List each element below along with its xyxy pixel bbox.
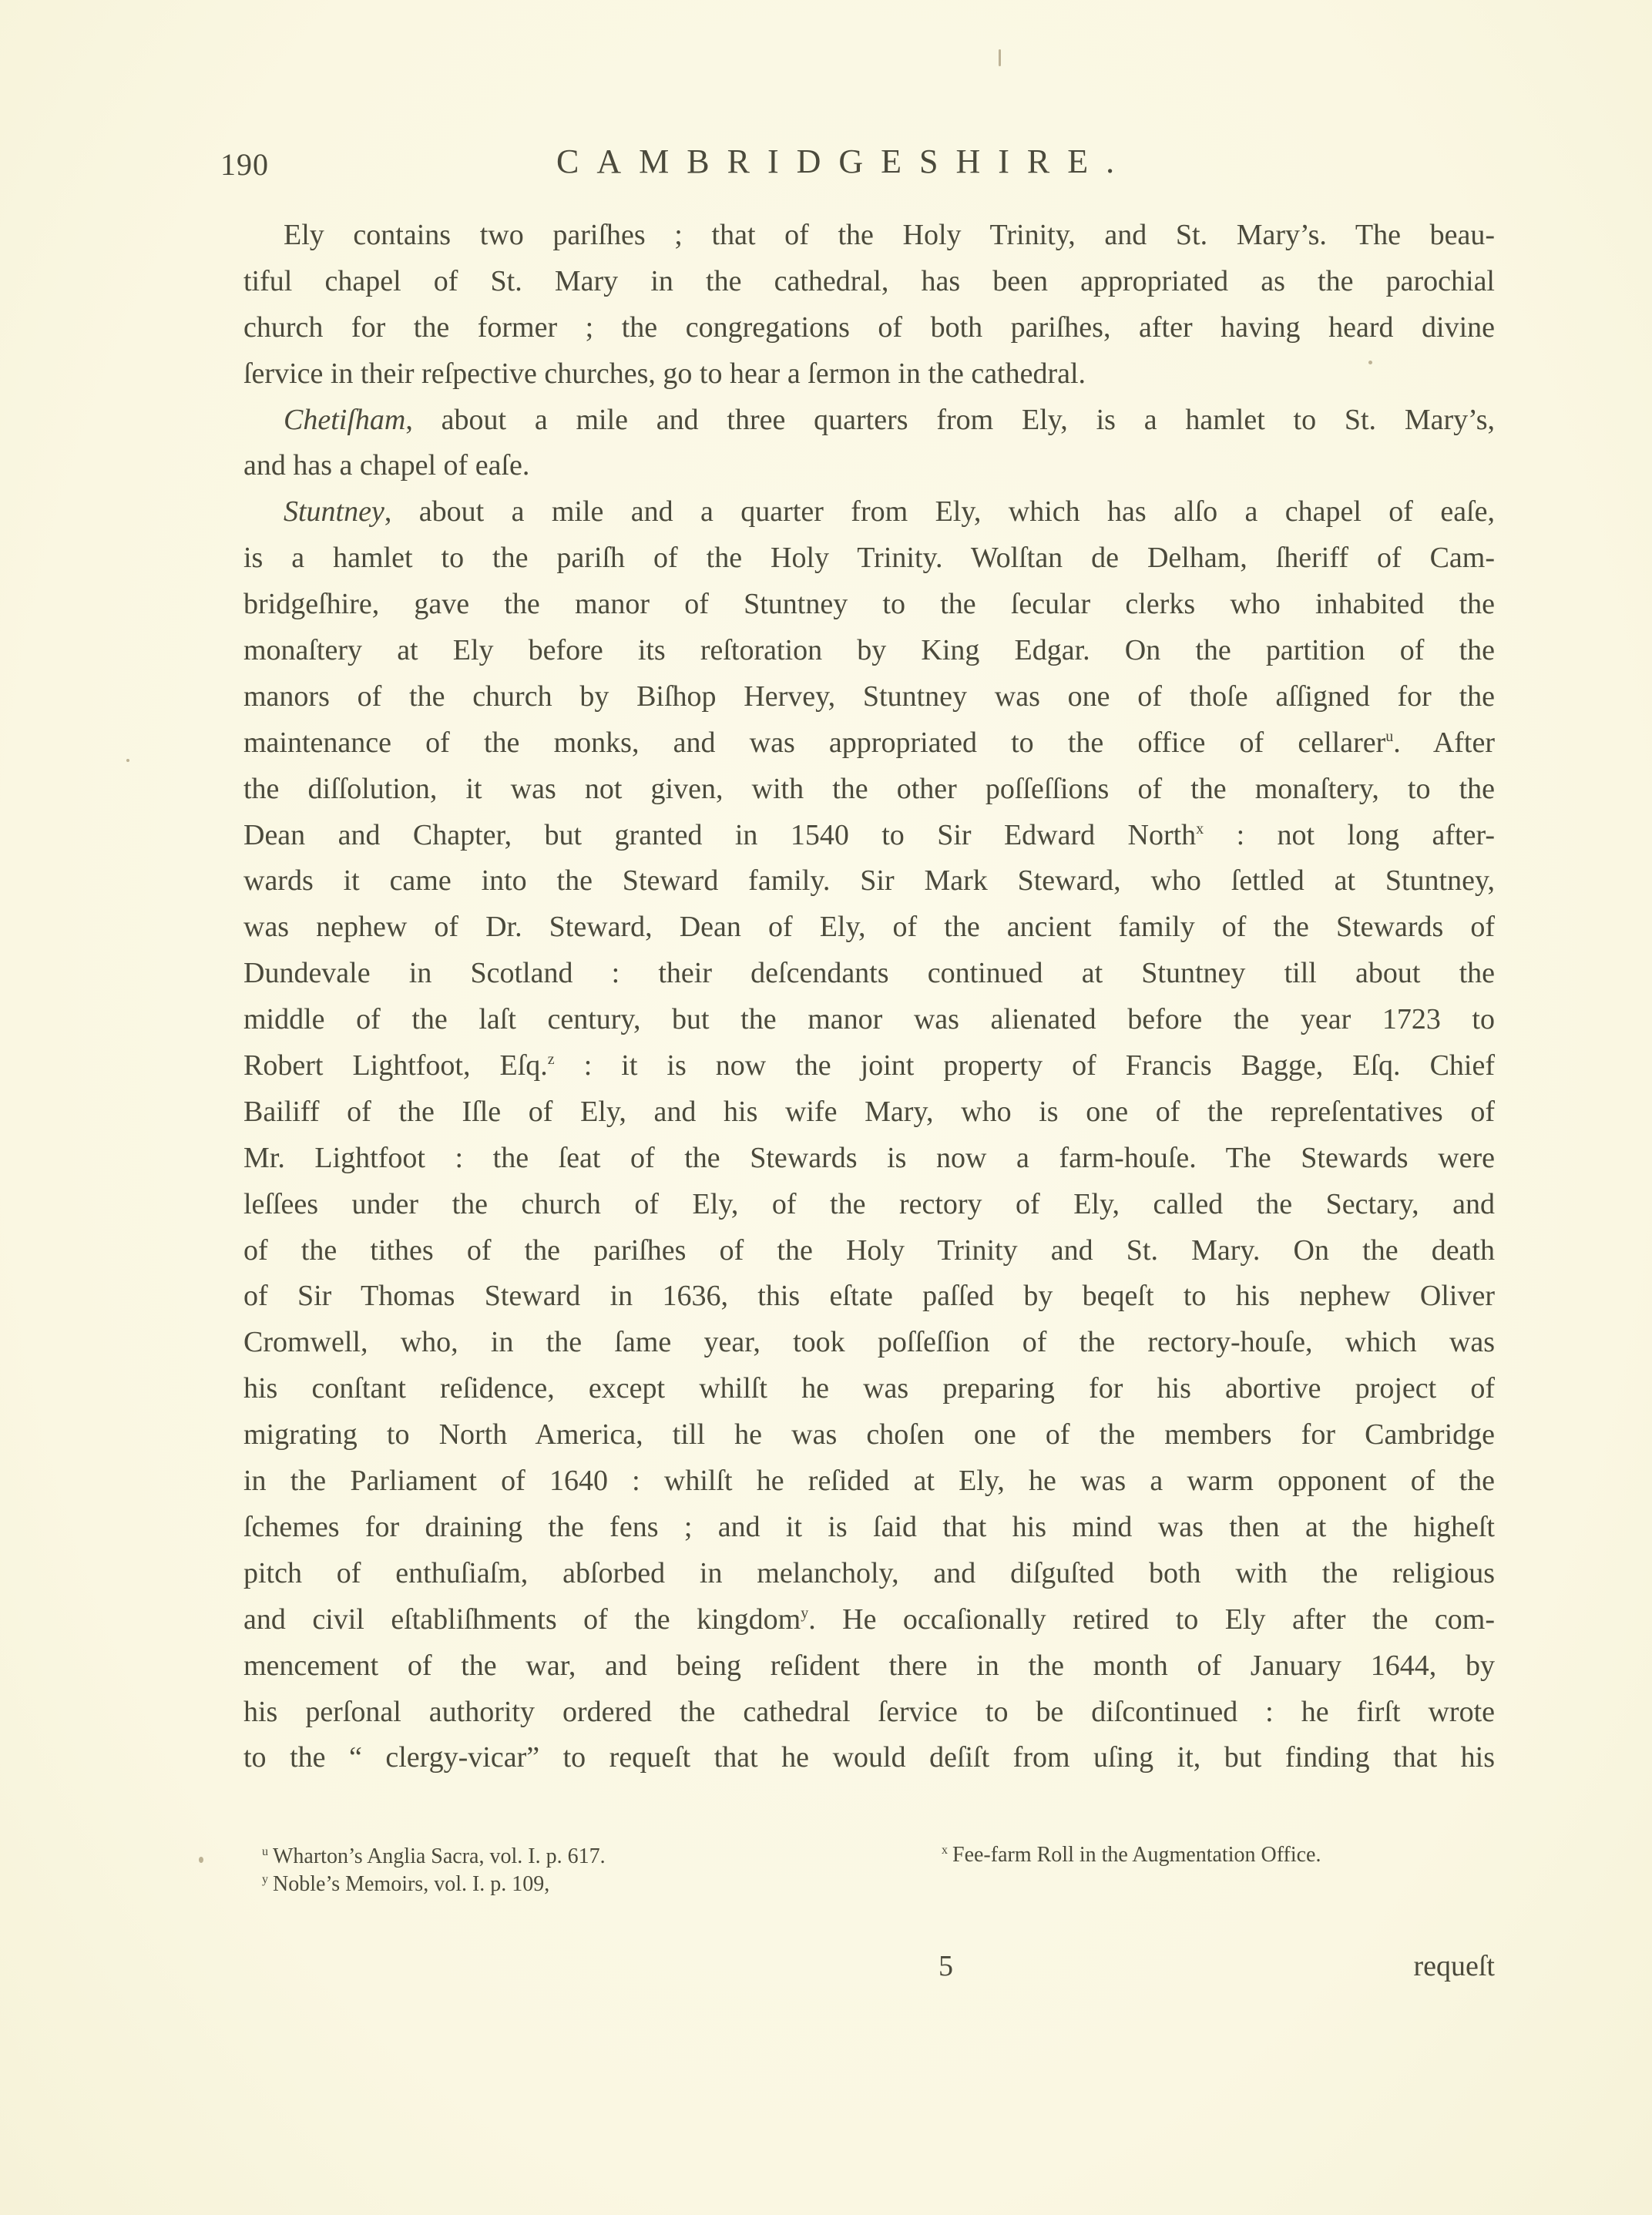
footnote-marker: u [262,1845,268,1858]
text-line: wards it came into the Steward family. S… [243,858,1495,904]
text-line: is a hamlet to the pariſh of the Holy Tr… [243,535,1495,582]
line-text: his perſonal authority ordered the cathe… [243,1696,1495,1728]
line-text: the diſſolution, it was not given, with … [243,773,1495,805]
line-text: , about a mile and three quarters from E… [405,404,1495,436]
footnote-x: xFee-farm Roll in the Augmentation Offic… [942,1843,1321,1868]
text-line: and civil eſtabliſhments of the kingdomy… [243,1597,1495,1643]
italic-place-name: Stuntney [284,495,384,528]
footnotes-left-column: uWharton’s Anglia Sacra, vol. I. p. 617.… [262,1838,606,1894]
line-text: in the Parliament of 1640 : whilſt he re… [243,1465,1495,1497]
line-text: of Sir Thomas Steward in 1636, this eſta… [243,1280,1495,1312]
text-line: Chetiſham, about a mile and three quarte… [243,398,1495,444]
paper-speck [199,1857,203,1863]
text-line: middle of the laſt century, but the mano… [243,997,1495,1043]
text-line: Robert Lightfoot, Eſq.z : it is now the … [243,1043,1495,1089]
line-text-tail: . He occaſionally retired to Ely after t… [808,1603,1495,1636]
text-line: Bailiff of the Iſle of Ely, and his wife… [243,1089,1495,1136]
line-text: Dean and Chapter, but granted in 1540 to… [243,819,1196,851]
line-text: ſchemes for draining the fens ; and it i… [243,1511,1495,1543]
line-text: to the “ clergy-vicar” to requeſt that h… [243,1741,1495,1774]
text-line: monaſtery at Ely before its reſtoration … [243,628,1495,674]
footnote-reference: y [801,1605,808,1622]
text-line: the diſſolution, it was not given, with … [243,767,1495,813]
line-text: bridgeſhire, gave the manor of Stuntney … [243,588,1495,620]
text-line: mencement of the war, and being reſident… [243,1643,1495,1690]
line-text: his conſtant reſidence, except whilſt he… [243,1372,1495,1405]
text-line: Cromwell, who, in the ſame year, took po… [243,1320,1495,1366]
line-text: migrating to North America, till he was … [243,1418,1495,1451]
text-line: Dundevale in Scotland : their deſcendant… [243,951,1495,997]
text-line: church for the former ; the congregation… [243,305,1495,351]
line-text: ſervice in their reſpective churches, go… [243,357,1086,390]
book-page: 190 CAMBRIDGESHIRE. Ely contains two par… [0,0,1652,2215]
footnote-reference: z [548,1051,555,1068]
text-line: ſchemes for draining the fens ; and it i… [243,1505,1495,1551]
text-line: of Sir Thomas Steward in 1636, this eſta… [243,1274,1495,1320]
text-line: his perſonal authority ordered the cathe… [243,1690,1495,1736]
line-text: Bailiff of the Iſle of Ely, and his wife… [243,1096,1495,1128]
paper-speck [999,49,1001,66]
line-text: tiful chapel of St. Mary in the cathedra… [243,265,1495,297]
line-text: of the tithes of the pariſhes of the Hol… [243,1234,1495,1267]
text-line: maintenance of the monks, and was approp… [243,720,1495,767]
line-text: leſſees under the church of Ely, of the … [243,1188,1495,1220]
line-text: manors of the church by Biſhop Hervey, S… [243,680,1495,713]
footnote-text: Noble’s Memoirs, vol. I. p. 109, [273,1872,549,1896]
footnote-marker: x [942,1844,948,1857]
footnote-text: Wharton’s Anglia Sacra, vol. I. p. 617. [273,1844,606,1868]
text-line: ſervice in their reſpective churches, go… [243,351,1495,398]
paper-speck [126,759,129,762]
line-text: is a hamlet to the pariſh of the Holy Tr… [243,542,1495,574]
line-text: Ely contains two pariſhes ; that of the … [284,219,1495,251]
text-line: Dean and Chapter, but granted in 1540 to… [243,813,1495,859]
line-text: monaſtery at Ely before its reſtoration … [243,634,1495,666]
line-text: was nephew of Dr. Steward, Dean of Ely, … [243,911,1495,943]
line-text-tail: : it is now the joint property of Franci… [555,1049,1495,1082]
footnote-reference: u [1385,728,1393,745]
text-line: bridgeſhire, gave the manor of Stuntney … [243,582,1495,628]
text-line: to the “ clergy-vicar” to requeſt that h… [243,1735,1495,1781]
line-text-tail: . After [1393,727,1495,759]
line-text: mencement of the war, and being reſident… [243,1650,1495,1682]
text-line: was nephew of Dr. Steward, Dean of Ely, … [243,904,1495,951]
text-line: and has a chapel of eaſe. [243,443,1495,489]
line-text: Cromwell, who, in the ſame year, took po… [243,1326,1495,1358]
paper-speck [1368,361,1372,364]
text-line: leſſees under the church of Ely, of the … [243,1182,1495,1228]
line-text: Mr. Lightfoot : the ſeat of the Stewards… [243,1142,1495,1174]
running-title: CAMBRIDGESHIRE. [556,142,1188,181]
text-line: pitch of enthuſiaſm, abſorbed in melanch… [243,1551,1495,1597]
line-text: and civil eſtabliſhments of the kingdom [243,1603,801,1636]
text-line: his conſtant reſidence, except whilſt he… [243,1366,1495,1412]
italic-place-name: Chetiſham [284,404,405,436]
line-text: wards it came into the Steward family. S… [243,864,1495,897]
footnote-u: uWharton’s Anglia Sacra, vol. I. p. 617. [262,1838,606,1866]
line-text: pitch of enthuſiaſm, abſorbed in melanch… [243,1557,1495,1589]
line-text: church for the former ; the congregation… [243,311,1495,344]
body-text: Ely contains two pariſhes ; that of the … [243,213,1495,1781]
page-number: 190 [220,146,269,183]
text-line: Ely contains two pariſhes ; that of the … [243,213,1495,259]
line-text: Dundevale in Scotland : their deſcendant… [243,957,1495,989]
line-text: , about a mile and a quarter from Ely, w… [384,495,1495,528]
footnote-reference: x [1196,821,1204,837]
text-line: tiful chapel of St. Mary in the cathedra… [243,259,1495,305]
footnote-y: yNoble’s Memoirs, vol. I. p. 109, [262,1866,606,1894]
line-text: and has a chapel of eaſe. [243,449,529,482]
text-line: Mr. Lightfoot : the ſeat of the Stewards… [243,1136,1495,1182]
text-line: manors of the church by Biſhop Hervey, S… [243,674,1495,720]
footnote-marker: y [262,1873,268,1886]
catchword: requeſt [1413,1949,1495,1983]
text-line: of the tithes of the pariſhes of the Hol… [243,1228,1495,1274]
line-text: middle of the laſt century, but the mano… [243,1003,1495,1035]
text-line: in the Parliament of 1640 : whilſt he re… [243,1458,1495,1505]
footnote-text: Fee-farm Roll in the Augmentation Office… [952,1843,1321,1867]
text-line: Stuntney, about a mile and a quarter fro… [243,489,1495,535]
signature-mark: 5 [938,1949,953,1983]
text-line: migrating to North America, till he was … [243,1412,1495,1458]
line-text: maintenance of the monks, and was approp… [243,727,1385,759]
line-text-tail: : not long after- [1204,819,1495,851]
line-text: Robert Lightfoot, Eſq. [243,1049,548,1082]
